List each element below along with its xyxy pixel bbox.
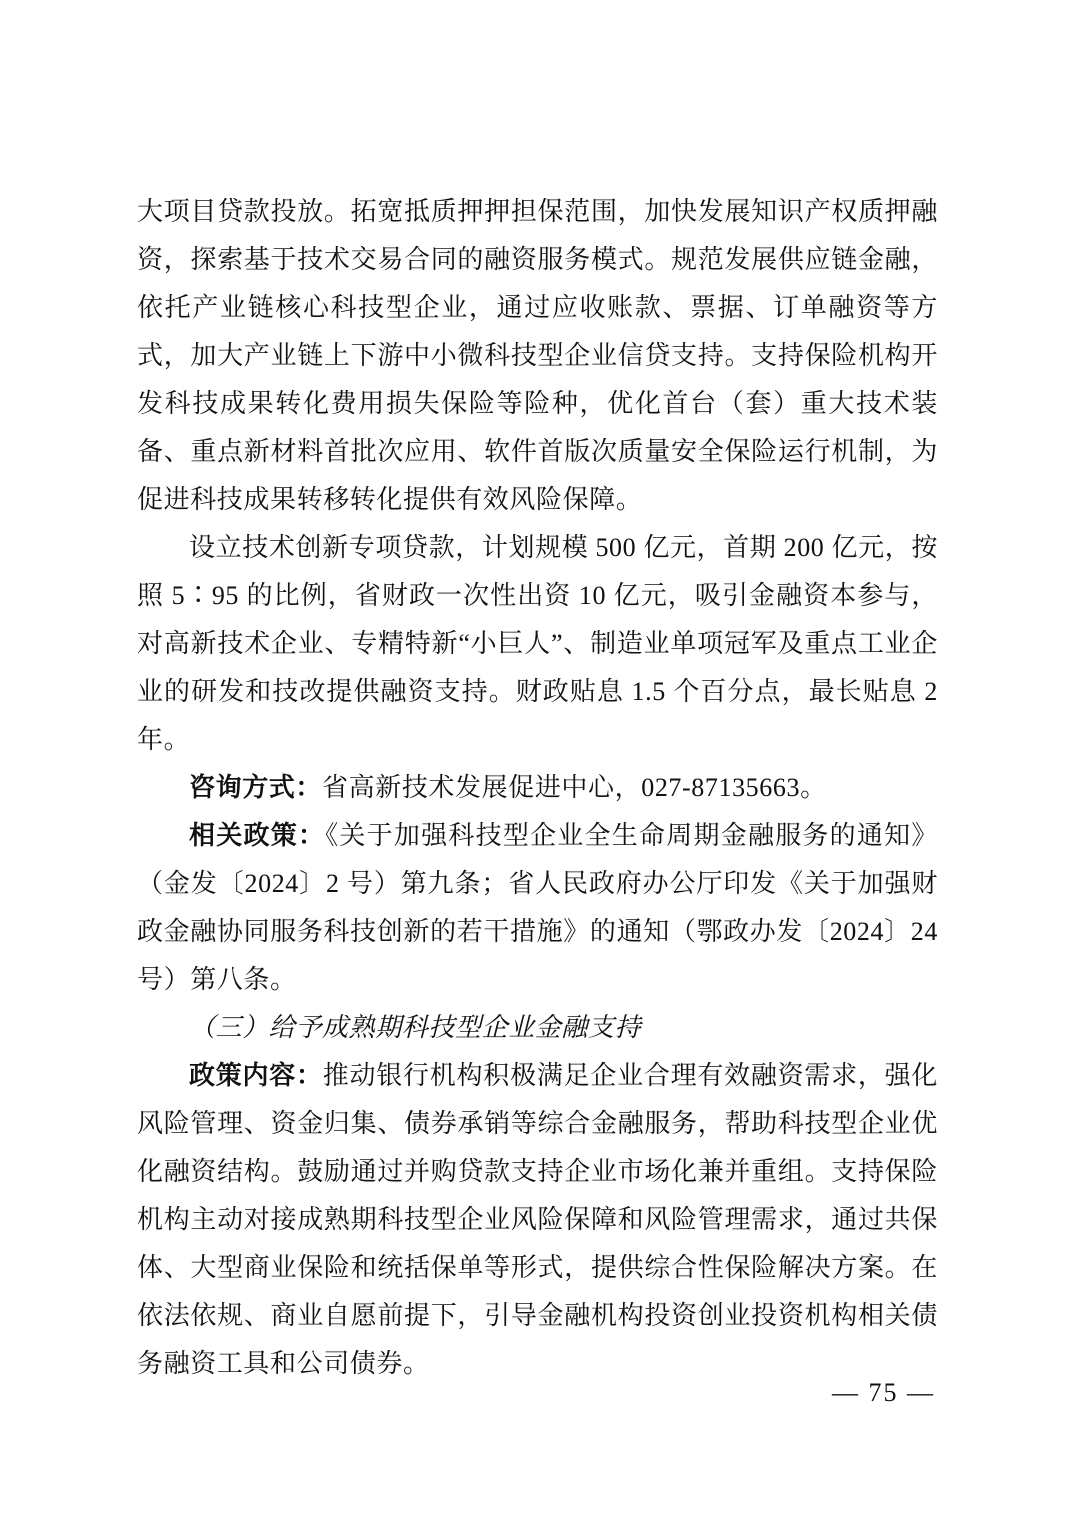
paragraph-contact: 咨询方式：省高新技术发展促进中心，027-87135663。 — [137, 764, 938, 812]
contact-label: 咨询方式： — [189, 773, 322, 802]
section-heading: （三）给予成熟期科技型企业金融支持 — [137, 1004, 938, 1052]
policy-content-label: 政策内容： — [189, 1061, 323, 1090]
paragraph-special-loan: 设立技术创新专项贷款，计划规模 500 亿元，首期 200 亿元，按照 5∶95… — [137, 524, 938, 764]
document-body: 大项目贷款投放。拓宽抵质押押担保范围，加快发展知识产权质押融资，探索基于技术交易… — [137, 188, 938, 1388]
policy-content-text: 推动银行机构积极满足企业合理有效融资需求，强化风险管理、资金归集、债券承销等综合… — [137, 1061, 938, 1378]
contact-text: 省高新技术发展促进中心，027-87135663。 — [322, 773, 827, 802]
paragraph-policy-content: 政策内容：推动银行机构积极满足企业合理有效融资需求，强化风险管理、资金归集、债券… — [137, 1052, 938, 1388]
paragraph-continuation: 大项目贷款投放。拓宽抵质押押担保范围，加快发展知识产权质押融资，探索基于技术交易… — [137, 188, 938, 524]
document-page: 大项目贷款投放。拓宽抵质押押担保范围，加快发展知识产权质押融资，探索基于技术交易… — [0, 0, 1074, 1520]
paragraph-related-policy: 相关政策：《关于加强科技型企业全生命周期金融服务的通知》（金发〔2024〕2 号… — [137, 812, 938, 1004]
page-number: — 75 — — [832, 1378, 935, 1408]
related-policy-label: 相关政策： — [189, 821, 325, 850]
